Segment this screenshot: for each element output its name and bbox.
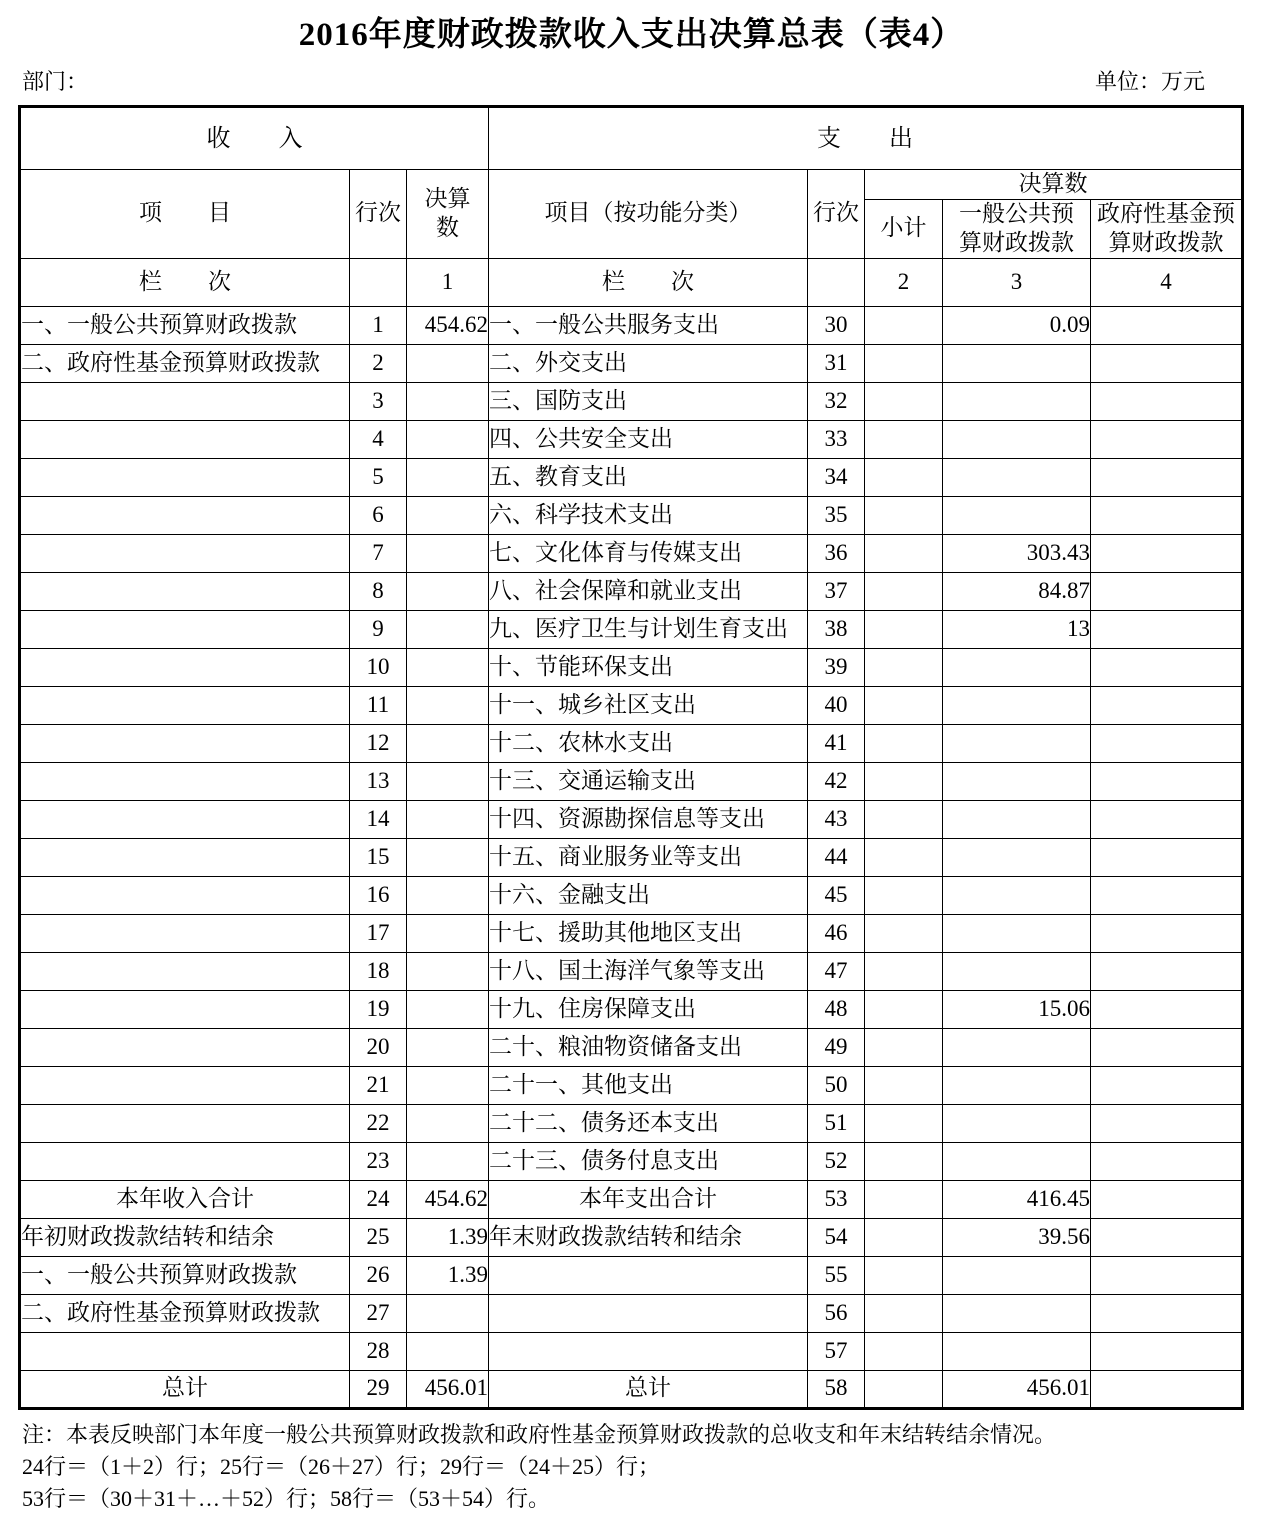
income-amount-cell: 454.62 [407,306,489,344]
income-amount-cell [407,686,489,724]
expense-subtotal-cell [865,534,943,572]
expense-subtotal-cell [865,952,943,990]
income-item-cell: 年初财政拨款结转和结余 [20,1218,350,1256]
income-item-cell: 二、政府性基金预算财政拨款 [20,1294,350,1332]
expense-general-cell: 0.09 [943,306,1091,344]
expense-general-cell [943,1332,1091,1370]
expense-lanci-line-blank [808,258,865,306]
expense-general-cell [943,344,1091,382]
expense-fund-cell [1091,724,1243,762]
income-amount-cell [407,1142,489,1180]
lanci-col3: 3 [943,258,1091,306]
income-line-cell: 18 [350,952,407,990]
income-line-cell: 8 [350,572,407,610]
table-row: 6 六、科学技术支出 35 [20,496,1243,534]
expense-item-cell: 十六、金融支出 [489,876,808,914]
income-line-cell: 28 [350,1332,407,1370]
table-row: 一、一般公共预算财政拨款 1 454.62 一、一般公共服务支出 30 0.09 [20,306,1243,344]
expense-item-cell: 十三、交通运输支出 [489,762,808,800]
expense-item-cell: 十四、资源勘探信息等支出 [489,800,808,838]
table-row: 16 十六、金融支出 45 [20,876,1243,914]
expense-general-cell [943,1256,1091,1294]
expense-item-cell: 十五、商业服务业等支出 [489,838,808,876]
expense-line-cell: 32 [808,382,865,420]
expense-fund-cell [1091,306,1243,344]
expense-line-cell: 49 [808,1028,865,1066]
expense-line-cell: 58 [808,1370,865,1408]
expense-fund-cell [1091,344,1243,382]
expense-line-cell: 51 [808,1104,865,1142]
expense-fund-cell [1091,1294,1243,1332]
expense-general-cell [943,420,1091,458]
income-item-cell [20,724,350,762]
expense-line-cell: 46 [808,914,865,952]
income-item-cell [20,1104,350,1142]
income-line-cell: 3 [350,382,407,420]
expense-item-cell: 八、社会保障和就业支出 [489,572,808,610]
expense-fund-cell [1091,382,1243,420]
expense-item-cell: 十七、援助其他地区支出 [489,914,808,952]
expense-subtotal-cell [865,1142,943,1180]
expense-line-cell: 56 [808,1294,865,1332]
income-line-cell: 23 [350,1142,407,1180]
expense-item-cell: 二十三、债务付息支出 [489,1142,808,1180]
expense-line-cell: 35 [808,496,865,534]
income-amount-cell [407,1066,489,1104]
income-line-cell: 10 [350,648,407,686]
note-line-1: 注：本表反映部门本年度一般公共预算财政拨款和政府性基金预算财政拨款的总收支和年末… [22,1419,1263,1450]
table-row: 13 十三、交通运输支出 42 [20,762,1243,800]
expense-general-cell [943,838,1091,876]
expense-fund-cell [1091,914,1243,952]
expense-line-cell: 33 [808,420,865,458]
income-line-cell: 27 [350,1294,407,1332]
expense-item-cell [489,1332,808,1370]
income-amount-header: 决算 数 [407,170,489,259]
expense-general-cell [943,1028,1091,1066]
expense-fund-cell [1091,534,1243,572]
expense-line-cell: 38 [808,610,865,648]
income-line-cell: 5 [350,458,407,496]
table-row: 7 七、文化体育与传媒支出 36 303.43 [20,534,1243,572]
expense-line-cell: 31 [808,344,865,382]
income-item-cell [20,496,350,534]
table-row: 8 八、社会保障和就业支出 37 84.87 [20,572,1243,610]
unit-label: 单位：万元 [1095,69,1205,95]
income-item-cell [20,990,350,1028]
note-line-3: 53行＝（30＋31＋…＋52）行；58行＝（53＋54）行。 [22,1483,1263,1514]
income-amount-cell [407,496,489,534]
expense-line-cell: 39 [808,648,865,686]
income-line-cell: 7 [350,534,407,572]
income-lanci-label: 栏 次 [20,258,350,306]
final-amount-header: 决算数 [865,170,1243,200]
income-amount-cell [407,382,489,420]
income-item-cell [20,1142,350,1180]
expense-fund-cell [1091,952,1243,990]
expense-subtotal-cell [865,1332,943,1370]
income-item-cell [20,952,350,990]
income-line-cell: 20 [350,1028,407,1066]
expense-subtotal-cell [865,1028,943,1066]
expense-general-cell [943,724,1091,762]
table-row: 23 二十三、债务付息支出 52 [20,1142,1243,1180]
expense-general-cell [943,876,1091,914]
expense-fund-cell [1091,1028,1243,1066]
income-amount-cell [407,534,489,572]
income-amount-cell [407,724,489,762]
expense-fund-cell [1091,1218,1243,1256]
expense-line-cell: 34 [808,458,865,496]
income-line-cell: 16 [350,876,407,914]
expense-fund-cell [1091,458,1243,496]
table-row: 年初财政拨款结转和结余 25 1.39 年末财政拨款结转和结余 54 39.56 [20,1218,1243,1256]
expense-line-cell: 40 [808,686,865,724]
gov-fund-header: 政府性基金预 算财政拨款 [1091,200,1243,259]
income-item-cell [20,610,350,648]
expense-fund-cell [1091,610,1243,648]
expense-subtotal-cell [865,610,943,648]
table-row: 9 九、医疗卫生与计划生育支出 38 13 [20,610,1243,648]
income-line-cell: 14 [350,800,407,838]
expense-subtotal-cell [865,876,943,914]
table-row: 15 十五、商业服务业等支出 44 [20,838,1243,876]
expense-subtotal-cell [865,838,943,876]
expense-fund-cell [1091,648,1243,686]
note-line-2: 24行＝（1＋2）行；25行＝（26＋27）行；29行＝（24＋25）行； [22,1451,1263,1482]
income-item-cell [20,534,350,572]
expense-fund-cell [1091,1142,1243,1180]
expense-general-cell [943,496,1091,534]
table-row: 4 四、公共安全支出 33 [20,420,1243,458]
income-amount-cell [407,1104,489,1142]
expense-line-cell: 30 [808,306,865,344]
income-line-cell: 9 [350,610,407,648]
expense-line-cell: 55 [808,1256,865,1294]
expense-item-cell: 四、公共安全支出 [489,420,808,458]
expense-item-cell: 二十二、债务还本支出 [489,1104,808,1142]
expense-item-cell: 十、节能环保支出 [489,648,808,686]
expense-line-cell: 45 [808,876,865,914]
income-amount-cell [407,990,489,1028]
expense-subtotal-cell [865,800,943,838]
income-amount-cell [407,648,489,686]
income-item-cell: 二、政府性基金预算财政拨款 [20,344,350,382]
income-item-cell [20,1028,350,1066]
expense-fund-cell [1091,496,1243,534]
expense-general-cell [943,648,1091,686]
expense-item-cell: 年末财政拨款结转和结余 [489,1218,808,1256]
expense-fund-cell [1091,572,1243,610]
income-item-cell: 本年收入合计 [20,1180,350,1218]
lanci-col4: 4 [1091,258,1243,306]
expense-subtotal-cell [865,344,943,382]
expense-item-cell: 二十、粮油物资储备支出 [489,1028,808,1066]
expense-item-cell: 二十一、其他支出 [489,1066,808,1104]
income-amount-cell: 1.39 [407,1256,489,1294]
expense-general-cell [943,1142,1091,1180]
income-amount-cell [407,762,489,800]
expense-general-cell: 15.06 [943,990,1091,1028]
table-row: 14 十四、资源勘探信息等支出 43 [20,800,1243,838]
income-amount-cell: 456.01 [407,1370,489,1408]
income-line-cell: 12 [350,724,407,762]
expense-line-header: 行次 [808,170,865,259]
expense-subtotal-cell [865,1066,943,1104]
income-item-cell [20,800,350,838]
expense-fund-cell [1091,800,1243,838]
table-row: 一、一般公共预算财政拨款 26 1.39 55 [20,1256,1243,1294]
income-line-cell: 1 [350,306,407,344]
income-amount-cell [407,458,489,496]
expense-item-cell [489,1256,808,1294]
expense-fund-cell [1091,420,1243,458]
income-amount-cell [407,914,489,952]
income-line-cell: 11 [350,686,407,724]
expense-subtotal-cell [865,762,943,800]
table-body: 一、一般公共预算财政拨款 1 454.62 一、一般公共服务支出 30 0.09… [20,306,1243,1408]
expense-general-cell: 303.43 [943,534,1091,572]
income-lanci-line-blank [350,258,407,306]
income-line-cell: 19 [350,990,407,1028]
expense-subtotal-cell [865,458,943,496]
expense-item-cell: 二、外交支出 [489,344,808,382]
table-row: 20 二十、粮油物资储备支出 49 [20,1028,1243,1066]
income-line-cell: 25 [350,1218,407,1256]
expense-line-cell: 42 [808,762,865,800]
expense-general-cell [943,800,1091,838]
income-item-cell: 总计 [20,1370,350,1408]
expense-item-cell: 十一、城乡社区支出 [489,686,808,724]
income-item-cell [20,382,350,420]
income-item-cell [20,1066,350,1104]
table-row: 二、政府性基金预算财政拨款 2 二、外交支出 31 [20,344,1243,382]
income-item-cell [20,648,350,686]
expense-general-cell [943,458,1091,496]
expense-item-cell: 总计 [489,1370,808,1408]
income-amount-cell [407,1028,489,1066]
table-row: 12 十二、农林水支出 41 [20,724,1243,762]
general-budget-header: 一般公共预 算财政拨款 [943,200,1091,259]
expense-fund-cell [1091,876,1243,914]
expense-subtotal-cell [865,990,943,1028]
expense-general-cell [943,762,1091,800]
expense-subtotal-cell [865,496,943,534]
expense-subtotal-cell [865,306,943,344]
expense-general-cell: 416.45 [943,1180,1091,1218]
expense-line-cell: 53 [808,1180,865,1218]
expense-line-cell: 41 [808,724,865,762]
expense-item-cell: 七、文化体育与传媒支出 [489,534,808,572]
income-line-cell: 2 [350,344,407,382]
expense-item-cell: 本年支出合计 [489,1180,808,1218]
income-amount-cell [407,610,489,648]
expense-item-cell: 九、医疗卫生与计划生育支出 [489,610,808,648]
expense-general-cell [943,914,1091,952]
expense-general-cell [943,686,1091,724]
expense-general-cell: 456.01 [943,1370,1091,1408]
expense-item-cell: 十八、国土海洋气象等支出 [489,952,808,990]
expense-subtotal-cell [865,914,943,952]
expense-general-cell [943,952,1091,990]
table-row: 11 十一、城乡社区支出 40 [20,686,1243,724]
lanci-col1: 1 [407,258,489,306]
page-title: 2016年度财政拨款收入支出决算总表（表4） [0,8,1263,55]
expense-fund-cell [1091,762,1243,800]
expense-subtotal-cell [865,648,943,686]
expense-line-cell: 43 [808,800,865,838]
budget-table: 收 入 支 出 项 目 行次 决算 数 项目（按功能分类） 行次 决算数 小计 … [18,105,1244,1410]
expense-item-header: 项目（按功能分类） [489,170,808,259]
expense-general-cell [943,1104,1091,1142]
expense-subtotal-cell [865,1104,943,1142]
income-line-cell: 13 [350,762,407,800]
notes: 注：本表反映部门本年度一般公共预算财政拨款和政府性基金预算财政拨款的总收支和年末… [22,1419,1263,1514]
income-amount-cell [407,572,489,610]
income-item-cell [20,762,350,800]
expense-fund-cell [1091,1332,1243,1370]
expense-subtotal-cell [865,1218,943,1256]
expense-subtotal-cell [865,1180,943,1218]
expense-fund-cell [1091,838,1243,876]
income-line-cell: 15 [350,838,407,876]
table-row: 5 五、教育支出 34 [20,458,1243,496]
table-row: 28 57 [20,1332,1243,1370]
expense-subtotal-cell [865,382,943,420]
expense-subtotal-cell [865,420,943,458]
income-amount-cell [407,838,489,876]
expense-general-cell: 84.87 [943,572,1091,610]
income-item-cell [20,1332,350,1370]
meta-row: 部门： 单位：万元 [22,69,1205,95]
expense-fund-cell [1091,1066,1243,1104]
expense-subtotal-cell [865,1294,943,1332]
table-row: 本年收入合计 24 454.62 本年支出合计 53 416.45 [20,1180,1243,1218]
income-line-cell: 22 [350,1104,407,1142]
department-label: 部门： [22,69,88,95]
table-row: 17 十七、援助其他地区支出 46 [20,914,1243,952]
expense-line-cell: 48 [808,990,865,1028]
expense-item-cell: 三、国防支出 [489,382,808,420]
expense-line-cell: 54 [808,1218,865,1256]
table-row: 22 二十二、债务还本支出 51 [20,1104,1243,1142]
expense-subtotal-cell [865,572,943,610]
lanci-col2: 2 [865,258,943,306]
expense-item-cell [489,1294,808,1332]
expense-general-cell [943,382,1091,420]
expense-line-cell: 50 [808,1066,865,1104]
income-line-cell: 21 [350,1066,407,1104]
expense-subtotal-cell [865,1256,943,1294]
income-item-cell [20,458,350,496]
income-line-cell: 6 [350,496,407,534]
expense-fund-cell [1091,686,1243,724]
expense-general-cell [943,1294,1091,1332]
expense-fund-cell [1091,1180,1243,1218]
income-section-header: 收 入 [20,107,489,170]
expense-line-cell: 57 [808,1332,865,1370]
income-item-cell [20,420,350,458]
table-row: 3 三、国防支出 32 [20,382,1243,420]
income-item-cell [20,876,350,914]
expense-item-cell: 六、科学技术支出 [489,496,808,534]
income-amount-cell [407,1332,489,1370]
table-row: 10 十、节能环保支出 39 [20,648,1243,686]
table-row: 19 十九、住房保障支出 48 15.06 [20,990,1243,1028]
income-line-cell: 26 [350,1256,407,1294]
expense-item-cell: 十二、农林水支出 [489,724,808,762]
income-line-cell: 29 [350,1370,407,1408]
income-amount-cell [407,952,489,990]
income-line-header: 行次 [350,170,407,259]
income-item-cell: 一、一般公共预算财政拨款 [20,1256,350,1294]
expense-fund-cell [1091,1104,1243,1142]
income-amount-cell [407,1294,489,1332]
table-row: 总计 29 456.01 总计 58 456.01 [20,1370,1243,1408]
expense-subtotal-cell [865,686,943,724]
income-amount-cell: 1.39 [407,1218,489,1256]
expense-general-cell: 39.56 [943,1218,1091,1256]
income-item-cell [20,572,350,610]
income-item-header: 项 目 [20,170,350,259]
income-item-cell [20,838,350,876]
income-amount-cell: 454.62 [407,1180,489,1218]
expense-line-cell: 44 [808,838,865,876]
income-amount-cell [407,420,489,458]
income-line-cell: 17 [350,914,407,952]
expense-general-cell [943,1066,1091,1104]
expense-item-cell: 五、教育支出 [489,458,808,496]
income-amount-cell [407,344,489,382]
expense-line-cell: 52 [808,1142,865,1180]
expense-line-cell: 36 [808,534,865,572]
expense-general-cell: 13 [943,610,1091,648]
expense-line-cell: 47 [808,952,865,990]
expense-fund-cell [1091,990,1243,1028]
income-amount-cell [407,876,489,914]
expense-lanci-label: 栏 次 [489,258,808,306]
income-line-cell: 24 [350,1180,407,1218]
table-row: 21 二十一、其他支出 50 [20,1066,1243,1104]
expense-subtotal-cell [865,724,943,762]
income-item-cell: 一、一般公共预算财政拨款 [20,306,350,344]
expense-section-header: 支 出 [489,107,1243,170]
income-item-cell [20,914,350,952]
table-row: 18 十八、国土海洋气象等支出 47 [20,952,1243,990]
expense-item-cell: 一、一般公共服务支出 [489,306,808,344]
expense-fund-cell [1091,1370,1243,1408]
subtotal-header: 小计 [865,200,943,259]
income-line-cell: 4 [350,420,407,458]
expense-fund-cell [1091,1256,1243,1294]
table-row: 二、政府性基金预算财政拨款 27 56 [20,1294,1243,1332]
expense-subtotal-cell [865,1370,943,1408]
income-amount-cell [407,800,489,838]
income-item-cell [20,686,350,724]
expense-item-cell: 十九、住房保障支出 [489,990,808,1028]
expense-line-cell: 37 [808,572,865,610]
